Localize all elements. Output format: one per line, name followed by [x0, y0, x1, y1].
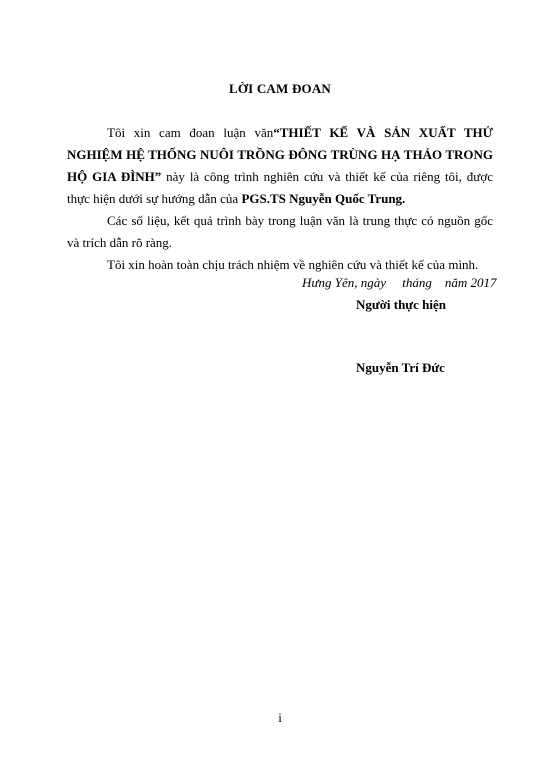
paragraph-intro: Tôi xin cam đoan luận văn: [107, 125, 273, 140]
page-number: i: [0, 710, 534, 726]
declaration-body: Tôi xin cam đoan luận văn“THIẾT KẾ VÀ SẢ…: [67, 122, 493, 276]
paragraph-responsibility: Tôi xin hoàn toàn chịu trách nhiệm về ng…: [67, 254, 493, 276]
signature-role: Người thực hiện: [356, 297, 446, 313]
paragraph-declaration: Tôi xin cam đoan luận văn“THIẾT KẾ VÀ SẢ…: [67, 122, 493, 210]
paragraph-data-integrity: Các số liệu, kết quả trình bày trong luậ…: [67, 210, 493, 254]
place-date-line: Hưng Yên, ngày tháng năm 2017: [302, 275, 497, 291]
document-page: LỜI CAM ĐOAN Tôi xin cam đoan luận văn“T…: [0, 0, 534, 781]
signature-name: Nguyễn Trí Đức: [356, 360, 445, 376]
page-title: LỜI CAM ĐOAN: [0, 81, 534, 97]
supervisor-name: PGS.TS Nguyễn Quốc Trung.: [241, 191, 405, 206]
